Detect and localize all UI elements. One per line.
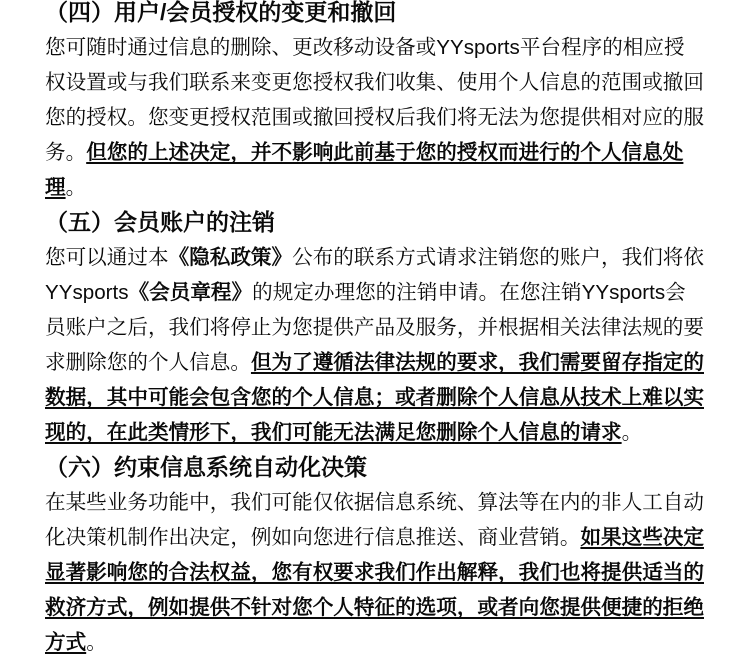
bold-text-run: （六）约束信息系统自动化决策 bbox=[45, 454, 367, 480]
document-body: （四）用户/会员授权的变更和撤回您可随时通过信息的删除、更改移动设备或YYspo… bbox=[45, 0, 705, 660]
text-run: 。 bbox=[622, 421, 643, 444]
bold-text-run: （五）会员账户的注销 bbox=[45, 209, 275, 235]
text-run: 您可以通过本 bbox=[45, 246, 169, 269]
privacy-policy-document: （四）用户/会员授权的变更和撤回您可随时通过信息的删除、更改移动设备或YYspo… bbox=[45, 0, 705, 660]
bold-text-run: 《隐私政策》 bbox=[169, 246, 293, 269]
bold-text-run: 《会员章程》 bbox=[129, 281, 253, 304]
text-run: 。 bbox=[66, 176, 87, 199]
section-heading: （五）会员账户的注销 bbox=[45, 205, 705, 240]
bold-text-run: （四）用户/会员授权的变更和撤回 bbox=[45, 0, 396, 25]
policy-paragraph: 在某些业务功能中，我们可能仅依据信息系统、算法等在内的非人工自动化决策机制作出决… bbox=[45, 485, 705, 660]
text-run: 。 bbox=[86, 631, 107, 654]
emphasized-underlined-text-run: 但您的上述决定，并不影响此前基于您的授权而进行的个人信息处理 bbox=[45, 141, 683, 199]
policy-paragraph: 您可随时通过信息的删除、更改移动设备或YYsports平台程序的相应授权设置或与… bbox=[45, 30, 705, 205]
section-heading: （四）用户/会员授权的变更和撤回 bbox=[45, 0, 705, 30]
policy-paragraph: 您可以通过本《隐私政策》公布的联系方式请求注销您的账户，我们将依YYsports… bbox=[45, 240, 705, 450]
section-heading: （六）约束信息系统自动化决策 bbox=[45, 450, 705, 485]
